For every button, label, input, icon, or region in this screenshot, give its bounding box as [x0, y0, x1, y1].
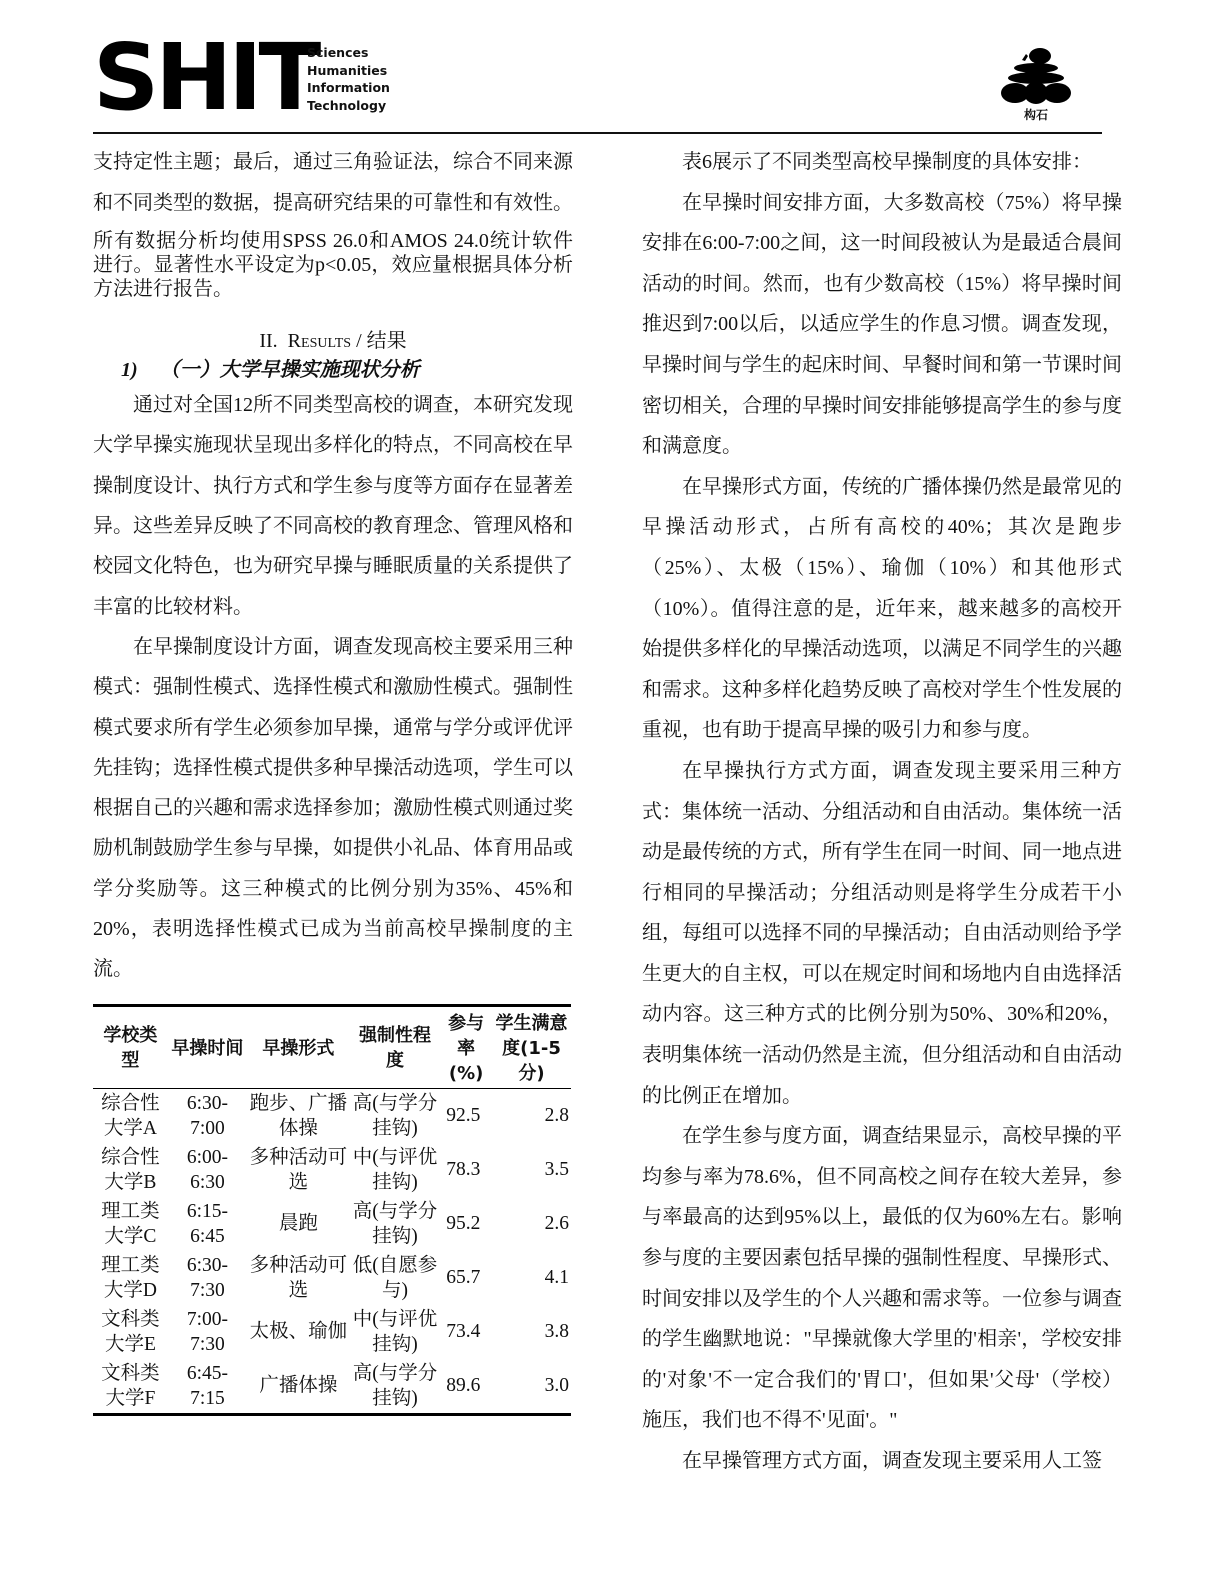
subsection-number: 1) [121, 359, 138, 381]
cell-school: 理工类大学D [93, 1251, 168, 1305]
cell-form: 多种活动可选 [247, 1143, 350, 1197]
column-header: 学校类型 [93, 1005, 168, 1088]
cell-satisfaction: 3.5 [492, 1143, 571, 1197]
cell-school: 文科类大学F [93, 1359, 168, 1415]
cell-school: 综合性大学A [93, 1088, 168, 1143]
cell-mandatory: 低(自愿参与) [350, 1251, 441, 1305]
cell-mandatory: 高(与学分挂钩) [350, 1088, 441, 1143]
paragraph: 在早操时间安排方面，大多数高校（75%）将早操安排在6:00-7:00之间，这一… [642, 183, 1122, 467]
cell-form: 多种活动可选 [247, 1251, 350, 1305]
cell-mandatory: 高(与学分挂钩) [350, 1359, 441, 1415]
cell-satisfaction: 3.8 [492, 1305, 571, 1359]
cell-time: 6:30-7:30 [168, 1251, 247, 1305]
section-title: Results [288, 330, 351, 352]
paragraph: 在早操形式方面，传统的广播体操仍然是最常见的早操活动形式，占所有高校的40%；其… [642, 467, 1122, 751]
cell-rate: 92.5 [440, 1088, 492, 1143]
table-row: 文科类大学F 6:45-7:15 广播体操 高(与学分挂钩) 89.6 3.0 [93, 1359, 571, 1415]
cell-school: 综合性大学B [93, 1143, 168, 1197]
header-divider [93, 132, 1102, 134]
paragraph: 表6展示了不同类型高校早操制度的具体安排： [642, 142, 1122, 183]
paragraph: 在早操制度设计方面，调查发现高校主要采用三种模式：强制性模式、选择性模式和激励性… [93, 627, 573, 990]
paragraph: 支持定性主题；最后，通过三角验证法，综合不同来源和不同类型的数据，提高研究结果的… [93, 142, 573, 223]
cell-rate: 95.2 [440, 1197, 492, 1251]
column-header: 强制性程度 [350, 1005, 441, 1088]
cell-time: 6:30-7:00 [168, 1088, 247, 1143]
column-header: 学生满意度(1-5分) [492, 1005, 571, 1088]
subsection-title: （一）大学早操实施现状分析 [160, 359, 420, 381]
cell-satisfaction: 3.0 [492, 1359, 571, 1415]
cell-form: 太极、瑜伽 [247, 1305, 350, 1359]
cell-school: 理工类大学C [93, 1197, 168, 1251]
table-header-row: 学校类型 早操时间 早操形式 强制性程度 参与率(%) 学生满意度(1-5分) [93, 1005, 571, 1088]
cell-rate: 78.3 [440, 1143, 492, 1197]
cell-time: 7:00-7:30 [168, 1305, 247, 1359]
right-column: 表6展示了不同类型高校早操制度的具体安排： 在早操时间安排方面，大多数高校（75… [642, 142, 1122, 1482]
cell-form: 晨跑 [247, 1197, 350, 1251]
left-column: 支持定性主题；最后，通过三角验证法，综合不同来源和不同类型的数据，提高研究结果的… [93, 142, 573, 1416]
cell-time: 6:15-6:45 [168, 1197, 247, 1251]
cell-rate: 73.4 [440, 1305, 492, 1359]
logo-word: Humanities [307, 62, 390, 80]
paragraph: 在早操管理方式方面，调查发现主要采用人工签 [642, 1441, 1122, 1482]
cell-mandatory: 高(与学分挂钩) [350, 1197, 441, 1251]
section-numeral: II. [259, 330, 277, 352]
logo-word: Information [307, 79, 390, 97]
subsection-heading: 1)（一）大学早操实施现状分析 [93, 355, 573, 385]
cell-form: 跑步、广播体操 [247, 1088, 350, 1143]
section-title-suffix: / 结果 [351, 330, 407, 352]
cell-rate: 89.6 [440, 1359, 492, 1415]
cell-form: 广播体操 [247, 1359, 350, 1415]
column-header: 早操形式 [247, 1005, 350, 1088]
school-schedule-table: 学校类型 早操时间 早操形式 强制性程度 参与率(%) 学生满意度(1-5分) … [93, 1004, 571, 1416]
cell-satisfaction: 2.6 [492, 1197, 571, 1251]
paragraph: 通过对全国12所不同类型高校的调查，本研究发现大学早操实施现状呈现出多样化的特点… [93, 385, 573, 627]
paragraph: 在早操执行方式方面，调查发现主要采用三种方式：集体统一活动、分组活动和自由活动。… [642, 751, 1122, 1116]
table-row: 文科类大学E 7:00-7:30 太极、瑜伽 中(与评优挂钩) 73.4 3.8 [93, 1305, 571, 1359]
cell-mandatory: 中(与评优挂钩) [350, 1305, 441, 1359]
cell-mandatory: 中(与评优挂钩) [350, 1143, 441, 1197]
paragraph: 所有数据分析均使用SPSS 26.0和AMOS 24.0统计软件进行。显著性水平… [93, 229, 573, 301]
cell-satisfaction: 4.1 [492, 1251, 571, 1305]
cell-school: 文科类大学E [93, 1305, 168, 1359]
section-heading: II. Results / 结果 [93, 327, 573, 355]
paragraph: 在学生参与度方面，调查结果显示，高校早操的平均参与率为78.6%，但不同高校之间… [642, 1116, 1122, 1441]
journal-logo-words: Sciences Humanities Information Technolo… [307, 44, 390, 114]
rock-logo-label: 构石 [1000, 106, 1072, 123]
column-header: 参与率(%) [440, 1005, 492, 1088]
column-header: 早操时间 [168, 1005, 247, 1088]
logo-word: Sciences [307, 44, 390, 62]
table-row: 理工类大学C 6:15-6:45 晨跑 高(与学分挂钩) 95.2 2.6 [93, 1197, 571, 1251]
table-row: 综合性大学B 6:00-6:30 多种活动可选 中(与评优挂钩) 78.3 3.… [93, 1143, 571, 1197]
table-row: 理工类大学D 6:30-7:30 多种活动可选 低(自愿参与) 65.7 4.1 [93, 1251, 571, 1305]
cell-time: 6:45-7:15 [168, 1359, 247, 1415]
rock-pile-icon [1000, 46, 1072, 106]
cell-satisfaction: 2.8 [492, 1088, 571, 1143]
logo-word: Technology [307, 97, 390, 115]
page-header: SHIT Sciences Humanities Information Tec… [93, 38, 1102, 130]
rock-pile-logo: 构石 [1000, 46, 1072, 126]
cell-time: 6:00-6:30 [168, 1143, 247, 1197]
cell-rate: 65.7 [440, 1251, 492, 1305]
journal-logo: SHIT [93, 38, 317, 118]
table-row: 综合性大学A 6:30-7:00 跑步、广播体操 高(与学分挂钩) 92.5 2… [93, 1088, 571, 1143]
